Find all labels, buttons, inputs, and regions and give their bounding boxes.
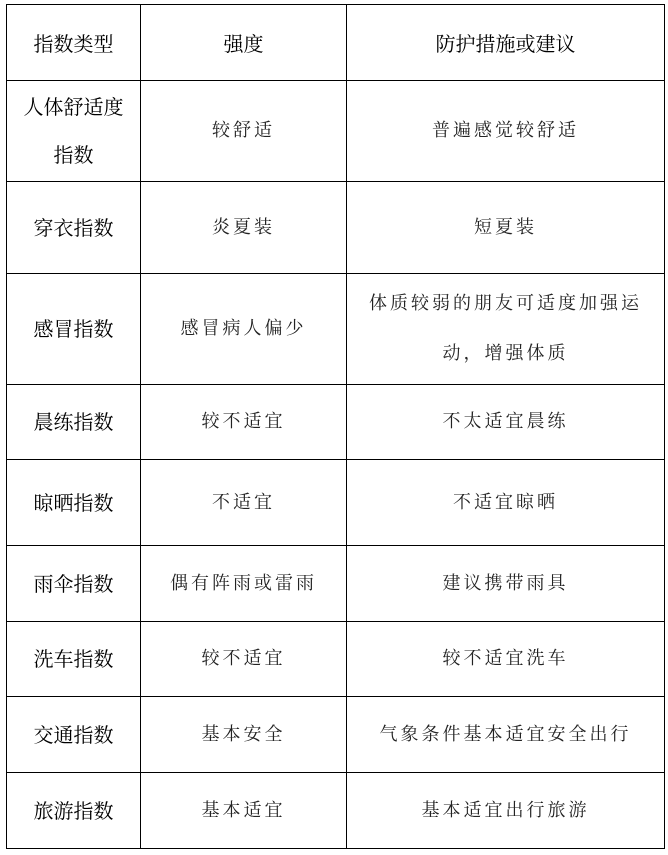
table-row: 穿衣指数炎夏装短夏装	[7, 182, 665, 274]
table-row: 晾晒指数不适宜不适宜晾晒	[7, 460, 665, 546]
intensity-cell: 基本安全	[141, 697, 347, 773]
advice-cell: 气象条件基本适宜安全出行	[347, 697, 665, 773]
index-type-cell: 交通指数	[7, 697, 141, 773]
intensity-cell: 感冒病人偏少	[141, 274, 347, 385]
index-type-cell: 感冒指数	[7, 274, 141, 385]
advice-cell: 不太适宜晨练	[347, 385, 665, 460]
intensity-cell: 较不适宜	[141, 622, 347, 697]
index-type-cell: 晨练指数	[7, 385, 141, 460]
index-type-cell: 洗车指数	[7, 622, 141, 697]
weather-index-table: 指数类型 强度 防护措施或建议 人体舒适度指数较舒适普遍感觉较舒适穿衣指数炎夏装…	[6, 4, 665, 849]
table-row: 洗车指数较不适宜较不适宜洗车	[7, 622, 665, 697]
header-intensity: 强度	[141, 5, 347, 81]
table-row: 人体舒适度指数较舒适普遍感觉较舒适	[7, 81, 665, 182]
table-row: 感冒指数感冒病人偏少体质较弱的朋友可适度加强运动，增强体质	[7, 274, 665, 385]
advice-cell: 普遍感觉较舒适	[347, 81, 665, 182]
advice-cell: 较不适宜洗车	[347, 622, 665, 697]
intensity-cell: 炎夏装	[141, 182, 347, 274]
intensity-cell: 不适宜	[141, 460, 347, 546]
advice-cell: 基本适宜出行旅游	[347, 773, 665, 849]
intensity-cell: 较不适宜	[141, 385, 347, 460]
header-advice: 防护措施或建议	[347, 5, 665, 81]
index-type-cell: 人体舒适度指数	[7, 81, 141, 182]
intensity-cell: 基本适宜	[141, 773, 347, 849]
intensity-cell: 偶有阵雨或雷雨	[141, 546, 347, 622]
intensity-cell: 较舒适	[141, 81, 347, 182]
table-row: 晨练指数较不适宜不太适宜晨练	[7, 385, 665, 460]
advice-cell: 不适宜晾晒	[347, 460, 665, 546]
table-row: 交通指数基本安全气象条件基本适宜安全出行	[7, 697, 665, 773]
index-type-cell: 雨伞指数	[7, 546, 141, 622]
table-row: 旅游指数基本适宜基本适宜出行旅游	[7, 773, 665, 849]
table-row: 雨伞指数偶有阵雨或雷雨建议携带雨具	[7, 546, 665, 622]
header-index-type: 指数类型	[7, 5, 141, 81]
table-header-row: 指数类型 强度 防护措施或建议	[7, 5, 665, 81]
index-type-cell: 旅游指数	[7, 773, 141, 849]
advice-cell: 体质较弱的朋友可适度加强运动，增强体质	[347, 274, 665, 385]
index-type-cell: 穿衣指数	[7, 182, 141, 274]
advice-cell: 短夏装	[347, 182, 665, 274]
index-type-cell: 晾晒指数	[7, 460, 141, 546]
advice-cell: 建议携带雨具	[347, 546, 665, 622]
